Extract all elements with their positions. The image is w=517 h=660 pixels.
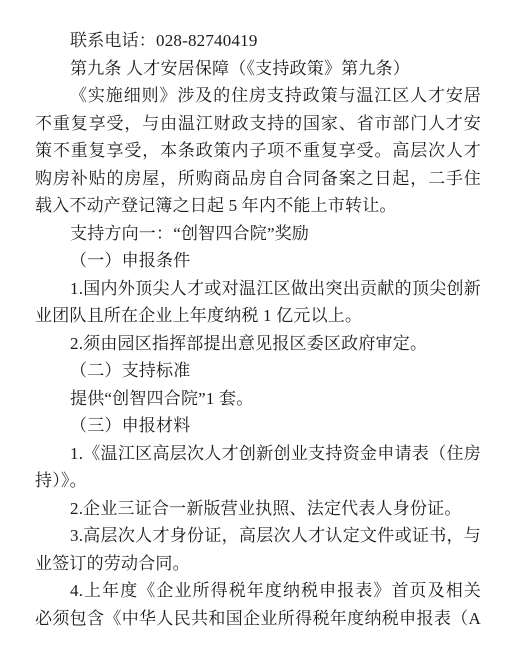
text-line: 1.《温江区高层次人才创新创业支持资金申请表（住房支 (35, 440, 481, 468)
text-line: （三）申报材料 (35, 412, 481, 440)
text-line: （一）申报条件 (35, 247, 481, 275)
text-line: 支持方向一：“创智四合院”奖励 (35, 220, 481, 248)
text-line: 必须包含《中华人民共和国企业所得税年度纳税申报表（A (35, 605, 481, 633)
text-line: 提供“创智四合院”1 套。 (35, 385, 481, 413)
text-line: （二）支持标准 (35, 357, 481, 385)
text-line: 3.高层次人才身份证，高层次人才认定文件或证书，与企 (35, 522, 481, 550)
page-body: 联系电话：028-82740419第九条 人才安居保障（《支持政策》第九条）《实… (35, 27, 481, 632)
text-line: 策不重复享受，本条政策内子项不重复享受。高层次人才享受 (35, 137, 481, 165)
text-line: 联系电话：028-82740419 (35, 27, 481, 55)
text-line: 2.企业三证合一新版营业执照、法定代表人身份证。 (35, 495, 481, 523)
text-line: 载入不动产登记簿之日起 5 年内不能上市转让。 (35, 192, 481, 220)
document-page: 联系电话：028-82740419第九条 人才安居保障（《支持政策》第九条）《实… (0, 0, 517, 660)
text-line: 业签订的劳动合同。 (35, 550, 481, 578)
text-line: 业团队且所在企业上年度纳税 1 亿元以上。 (35, 302, 481, 330)
text-line: 《实施细则》涉及的住房支持政策与温江区人才安居政策 (35, 82, 481, 110)
text-line: 购房补贴的房屋，所购商品房自合同备案之日起，二手住房自 (35, 165, 481, 193)
text-line: 2.须由园区指挥部提出意见报区委区政府审定。 (35, 330, 481, 358)
text-line: 1.国内外顶尖人才或对温江区做出突出贡献的顶尖创新创 (35, 275, 481, 303)
text-line: 持）》。 (35, 467, 481, 495)
text-line: 不重复享受，与由温江财政支持的国家、省市部门人才安居政 (35, 110, 481, 138)
text-line: 4.上年度《企业所得税年度纳税申报表》首页及相关页。 (35, 577, 481, 605)
text-line: 第九条 人才安居保障（《支持政策》第九条） (35, 55, 481, 83)
